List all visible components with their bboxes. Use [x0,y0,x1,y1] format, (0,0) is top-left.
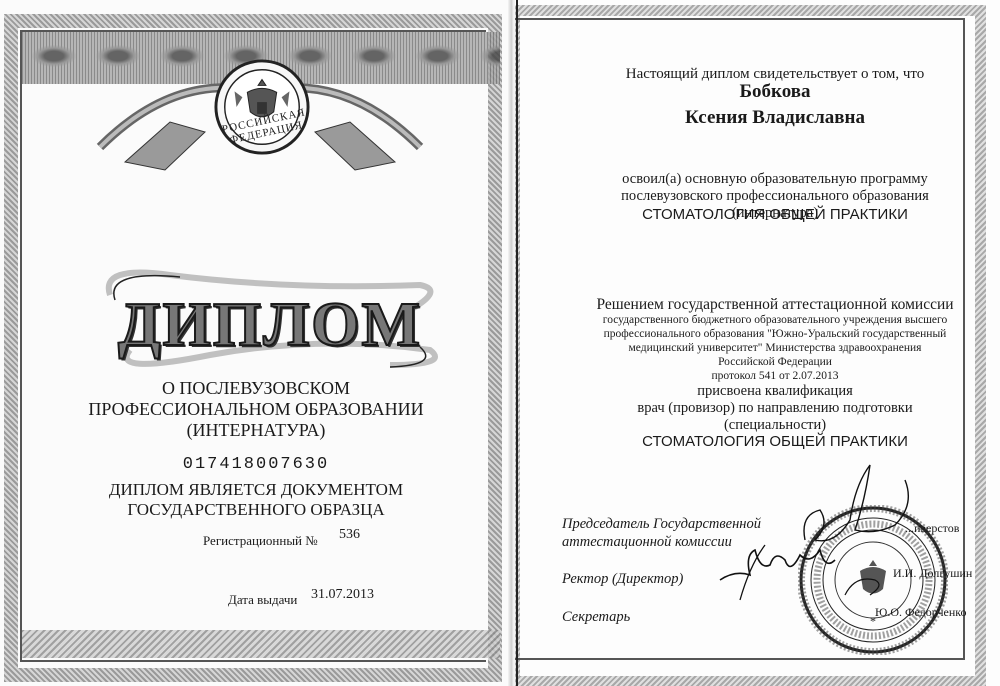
registration-label: Регистрационный № [203,533,318,549]
subtitle-line: О ПОСЛЕВУЗОВСКОМ [0,378,512,399]
diploma-content-page: Настоящий диплом свидетельствует о том, … [515,0,1000,686]
diploma-cover-page: РОССИЙСКАЯ ФЕДЕРАЦИЯ ДИПЛОМ О ПОСЛЕВУЗОВ… [0,0,512,686]
graduate-given-names: Ксения Владиславна [555,107,995,129]
state-document-note: ДИПЛОМ ЯВЛЯЕТСЯ ДОКУМЕНТОМ ГОСУДАРСТВЕНН… [0,480,512,520]
institution-line: государственного бюджетного образователь… [555,313,995,327]
note-line: ДИПЛОМ ЯВЛЯЕТСЯ ДОКУМЕНТОМ [0,480,512,500]
program-line: послевузовского профессионального образо… [555,188,995,205]
institution-line: Российской Федерации [555,355,995,369]
subtitle-line: (ИНТЕРНАТУРА) [0,420,512,441]
qualification-line: (специальности) [555,417,995,434]
decorative-bottom-band [22,630,500,658]
scan-seam [516,0,518,686]
qualification-line: присвоена квалификация [555,383,995,400]
secretary-role: Секретарь [562,608,630,626]
issue-date-label: Дата выдачи [228,592,297,608]
registration-number: 536 [339,527,360,543]
rector-role: Ректор (Директор) [562,570,683,588]
subtitle-line: ПРОФЕССИОНАЛЬНОМ ОБРАЗОВАНИИ [0,399,512,420]
handwritten-signatures [705,455,935,605]
qualification-line: врач (провизор) по направлению подготовк… [555,400,995,417]
protocol-line: протокол 541 от 2.07.2013 [555,369,995,383]
document-title: ДИПЛОМ [90,290,450,361]
program-specialty: СТОМАТОЛОГИЯ ОБЩЕЙ ПРАКТИКИ [555,206,995,223]
commission-decision: Решением государственной аттестационной … [555,296,995,314]
institution-details: государственного бюджетного образователь… [555,313,995,383]
institution-line: медицинский университет" Министерства зд… [555,341,995,355]
issue-date: 31.07.2013 [311,587,374,603]
secretary-name: Ю.О. Федорченко [875,605,966,620]
graduate-surname: Бобкова [555,81,995,103]
education-type: О ПОСЛЕВУЗОВСКОМ ПРОФЕССИОНАЛЬНОМ ОБРАЗО… [0,378,512,441]
qualification-statement: присвоена квалификация врач (провизор) п… [555,383,995,434]
note-line: ГОСУДАРСТВЕННОГО ОБРАЗЦА [0,500,512,520]
qualification-specialty: СТОМАТОЛОГИЯ ОБЩЕЙ ПРАКТИКИ [555,433,995,450]
program-line: освоил(а) основную образовательную прогр… [555,171,995,188]
serial-number: 017418007630 [0,455,512,474]
institution-line: профессионального образования "Южно-Урал… [555,327,995,341]
